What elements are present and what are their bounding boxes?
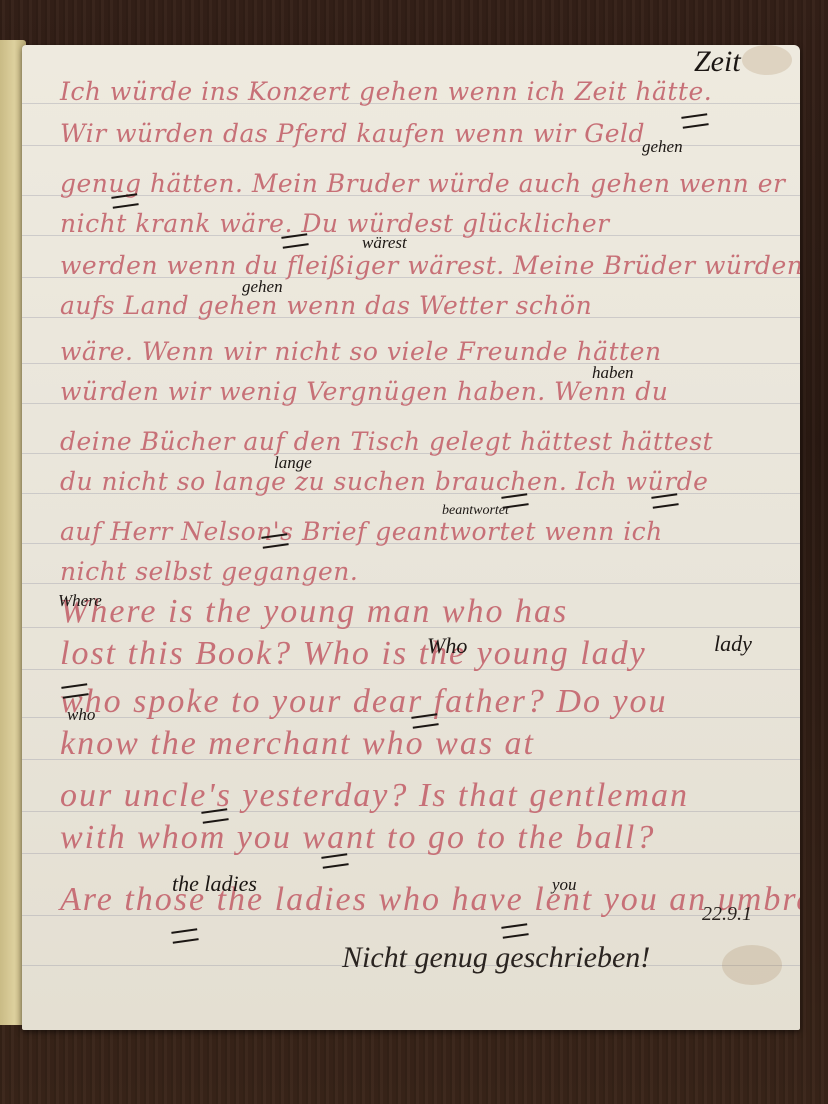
correction-mark bbox=[111, 193, 138, 209]
english-line: Where is the young man who has bbox=[60, 593, 780, 631]
correction: haben bbox=[592, 363, 634, 383]
correction: Where bbox=[58, 591, 102, 611]
correction: Who bbox=[427, 633, 467, 659]
german-line: würden wir wenig Vergnügen haben. Wenn d… bbox=[60, 377, 780, 406]
german-line: genug hätten. Mein Bruder würde auch geh… bbox=[60, 169, 780, 198]
paper-stain bbox=[722, 945, 782, 985]
german-line: nicht selbst gegangen. bbox=[60, 557, 780, 586]
german-line: wäre. Wenn wir nicht so viele Freunde hä… bbox=[60, 337, 780, 366]
correction: lange bbox=[274, 453, 312, 473]
correction: the ladies bbox=[172, 871, 257, 897]
german-line: deine Bücher auf den Tisch gelegt hättes… bbox=[60, 427, 780, 456]
correction-date: 22.9.1 bbox=[702, 903, 752, 926]
correction-mark bbox=[261, 533, 288, 549]
correction: wärest bbox=[362, 233, 407, 253]
paper-stain bbox=[742, 45, 792, 75]
correction-mark bbox=[501, 493, 528, 509]
german-line: aufs Land gehen wenn das Wetter schön bbox=[60, 291, 780, 320]
correction-mark bbox=[171, 928, 198, 944]
german-line: du nicht so lange zu suchen brauchen. Ic… bbox=[60, 467, 780, 496]
english-line: know the merchant who was at bbox=[60, 725, 780, 763]
german-line: werden wenn du fleißiger wärest. Meine B… bbox=[60, 251, 780, 280]
teacher-note: Nicht genug geschrieben! bbox=[342, 941, 650, 975]
correction: you bbox=[552, 875, 577, 895]
correction-mark bbox=[281, 233, 308, 249]
german-line: nicht krank wäre. Du würdest glücklicher bbox=[60, 209, 780, 238]
english-line: lost this Book? Who is the young lady bbox=[60, 635, 780, 673]
correction: gehen bbox=[242, 277, 283, 297]
correction-mark bbox=[651, 493, 678, 509]
correction: gehen bbox=[642, 137, 683, 157]
english-line: with whom you want to go to the ball? bbox=[60, 819, 780, 857]
english-line: Are those the ladies who have lent you a… bbox=[60, 881, 780, 919]
english-line: our uncle's yesterday? Is that gentleman bbox=[60, 777, 780, 815]
german-line: Ich würde ins Konzert gehen wenn ich Zei… bbox=[60, 77, 780, 106]
correction-mark bbox=[501, 923, 528, 939]
correction: beantwortet bbox=[442, 503, 509, 519]
correction: lady bbox=[714, 631, 752, 657]
correction: who bbox=[67, 705, 95, 725]
correction: Zeit bbox=[694, 45, 741, 79]
notebook-page: Ich würde ins Konzert gehen wenn ich Zei… bbox=[22, 45, 800, 1030]
german-line: auf Herr Nelson's Brief geantwortet wenn… bbox=[60, 517, 780, 546]
correction-mark bbox=[321, 853, 348, 869]
